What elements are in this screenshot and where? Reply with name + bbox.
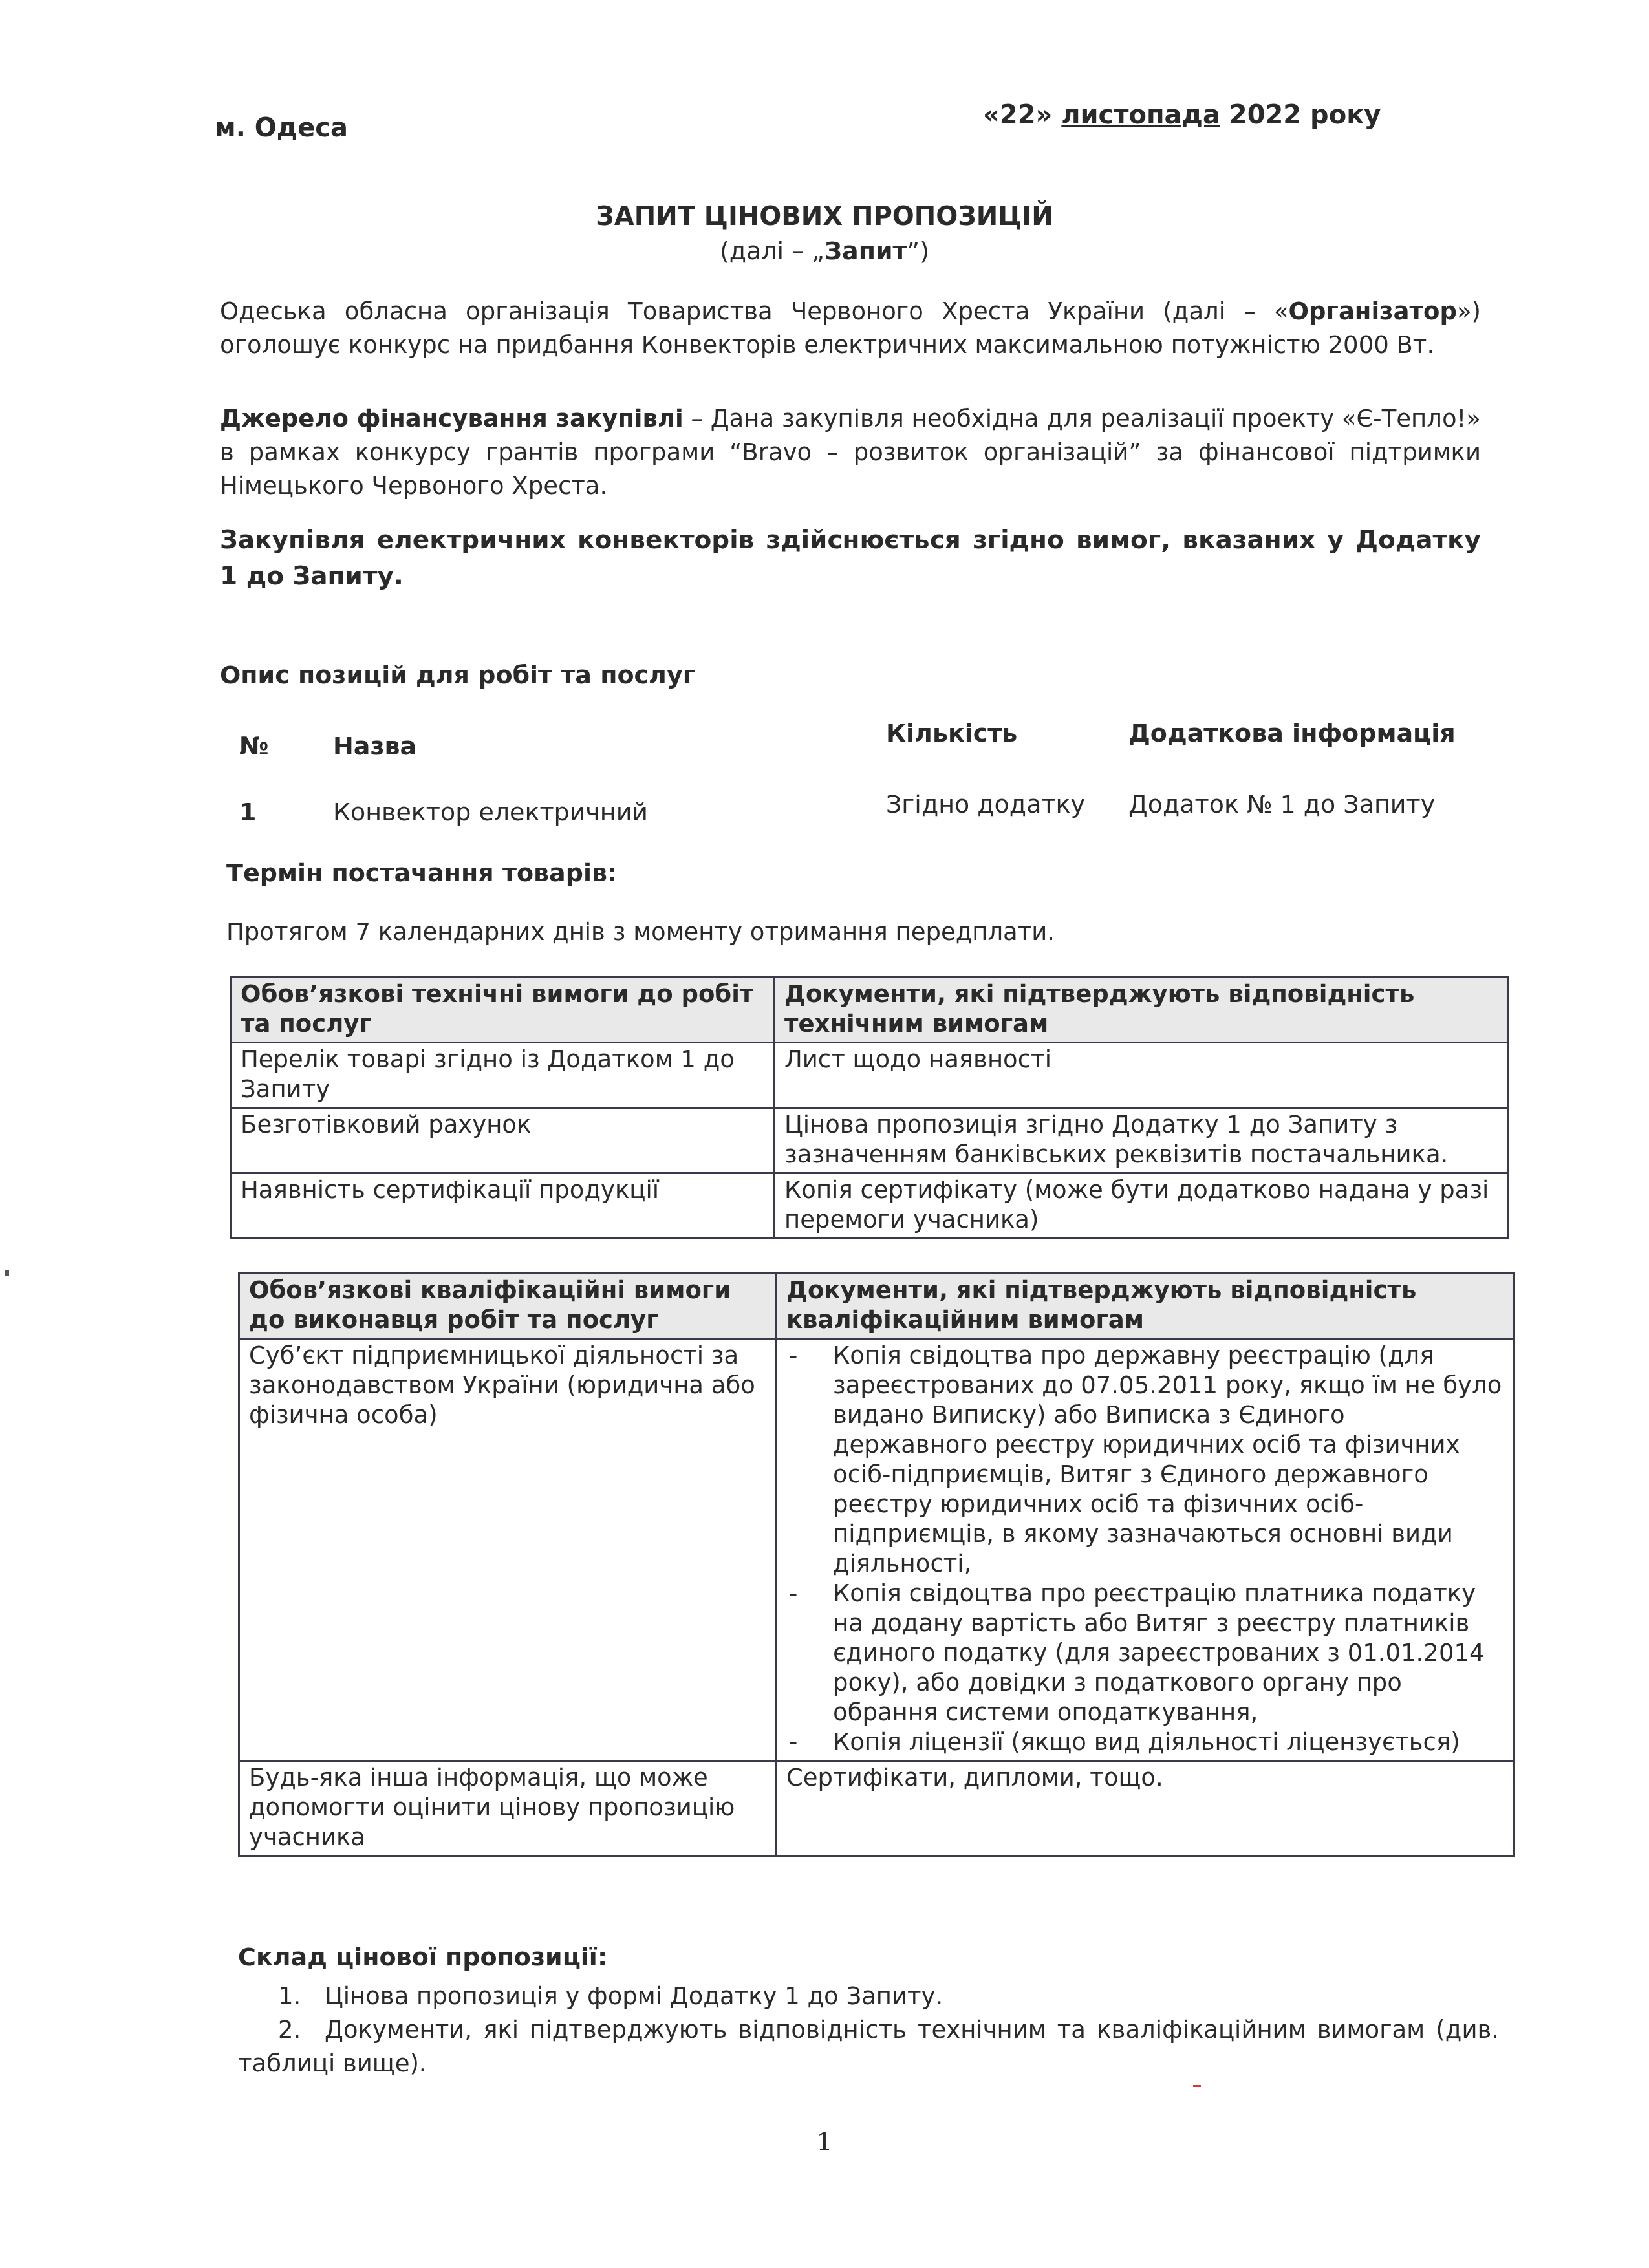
- table-cell: Будь-яка інша інформація, що може допомо…: [239, 1761, 777, 1856]
- subtitle-suffix: ”): [907, 237, 930, 265]
- funding-paragraph: Джерело фінансування закупівлі – Дана за…: [220, 402, 1481, 503]
- table-header-row: Обов’язкові кваліфікаційні вимоги до вик…: [239, 1274, 1514, 1339]
- table-row: Наявність сертифікації продукції Копія с…: [231, 1173, 1508, 1239]
- table-header-cell: Документи, які підтверджують відповідніс…: [777, 1274, 1514, 1339]
- delivery-text: Протягом 7 календарних днів з моменту от…: [226, 918, 1055, 946]
- item-name: Конвектор електричний: [333, 798, 648, 826]
- composition-heading: Склад цінової пропозиції:: [238, 1943, 607, 1971]
- list-item: 2.Документи, які підтверджують відповідн…: [238, 2013, 1499, 2081]
- item-number: 1: [239, 798, 256, 826]
- table-cell: Лист щодо наявності: [775, 1043, 1508, 1108]
- document-page: м. Одеса «22» листопада 2022 року ЗАПИТ …: [0, 0, 1649, 2268]
- table-row: Безготівковий рахунок Цінова пропозиція …: [231, 1108, 1508, 1173]
- date-day: «22»: [983, 100, 1052, 130]
- document-list: Копія свідоцтва про державну реєстрацію …: [786, 1341, 1504, 1757]
- table-cell: Сертифікати, дипломи, тощо.: [777, 1761, 1514, 1856]
- technical-requirements-table: Обов’язкові технічні вимоги до робіт та …: [230, 976, 1509, 1239]
- item-quantity: Згідно додатку: [886, 790, 1085, 818]
- table-cell: Копія сертифікату (може бути додатково н…: [775, 1173, 1508, 1239]
- subtitle-prefix: (далі – „: [720, 237, 824, 265]
- intro-text-1: Одеська обласна організація Товариства Ч…: [220, 297, 1289, 325]
- composition-list: 1.Цінова пропозиція у формі Додатку 1 до…: [238, 1980, 1499, 2081]
- intro-paragraph: Одеська обласна організація Товариства Ч…: [220, 295, 1481, 362]
- table-cell: Копія свідоцтва про державну реєстрацію …: [777, 1339, 1514, 1761]
- item-info: Додаток № 1 до Запиту: [1128, 790, 1435, 818]
- list-number: 1.: [278, 1980, 325, 2013]
- table-cell: Суб’єкт підприємницької діяльності за за…: [239, 1339, 777, 1761]
- column-number: №: [239, 732, 269, 760]
- list-item: Копія свідоцтва про державну реєстрацію …: [786, 1341, 1504, 1579]
- scan-speck: [1193, 2085, 1201, 2087]
- list-item: 1.Цінова пропозиція у формі Додатку 1 до…: [238, 1980, 1499, 2013]
- table-header-cell: Обов’язкові кваліфікаційні вимоги до вик…: [239, 1274, 777, 1339]
- date-month: листопада: [1061, 100, 1220, 130]
- list-item: Копія свідоцтва про реєстрацію платника …: [786, 1579, 1504, 1728]
- subtitle-bold: Запит: [824, 237, 907, 265]
- purchase-note: Закупівля електричних конвекторів здійсн…: [220, 522, 1481, 595]
- column-quantity: Кількість: [886, 719, 1017, 747]
- delivery-heading: Термін постачання товарів:: [226, 859, 617, 887]
- items-heading: Опис позицій для робіт та послуг: [220, 661, 696, 689]
- date-year: 2022 року: [1229, 100, 1381, 130]
- table-cell: Цінова пропозиція згідно Додатку 1 до За…: [775, 1108, 1508, 1173]
- list-text: Цінова пропозиція у формі Додатку 1 до З…: [325, 1982, 943, 2010]
- page-number: 1: [0, 2127, 1649, 2157]
- table-row: Перелік товарі згідно із Додатком 1 до З…: [231, 1043, 1508, 1108]
- table-row: Суб’єкт підприємницької діяльності за за…: [239, 1339, 1514, 1761]
- table-header-row: Обов’язкові технічні вимоги до робіт та …: [231, 978, 1508, 1043]
- document-subtitle: (далі – „Запит”): [0, 237, 1649, 265]
- list-text: Документи, які підтверджують відповідніс…: [238, 2016, 1499, 2077]
- column-name: Назва: [333, 732, 416, 760]
- list-number: 2.: [278, 2013, 325, 2047]
- table-cell: Безготівковий рахунок: [231, 1108, 775, 1173]
- funding-label: Джерело фінансування закупівлі: [220, 405, 684, 433]
- column-additional-info: Додаткова інформація: [1128, 719, 1456, 747]
- table-header-cell: Документи, які підтверджують відповідніс…: [775, 978, 1508, 1043]
- document-title: ЗАПИТ ЦІНОВИХ ПРОПОЗИЦІЙ: [0, 202, 1649, 231]
- city: м. Одеса: [215, 113, 348, 143]
- table-cell: Перелік товарі згідно із Додатком 1 до З…: [231, 1043, 775, 1108]
- table-header-cell: Обов’язкові технічні вимоги до робіт та …: [231, 978, 775, 1043]
- scan-speck: [5, 1270, 9, 1276]
- list-item: Копія ліцензії (якщо вид діяльності ліце…: [786, 1728, 1504, 1757]
- table-row: Будь-яка інша інформація, що може допомо…: [239, 1761, 1514, 1856]
- organizer-term: Організатор: [1289, 297, 1457, 325]
- qualification-requirements-table: Обов’язкові кваліфікаційні вимоги до вик…: [238, 1272, 1515, 1857]
- document-date: «22» листопада 2022 року: [983, 100, 1381, 130]
- table-cell: Наявність сертифікації продукції: [231, 1173, 775, 1239]
